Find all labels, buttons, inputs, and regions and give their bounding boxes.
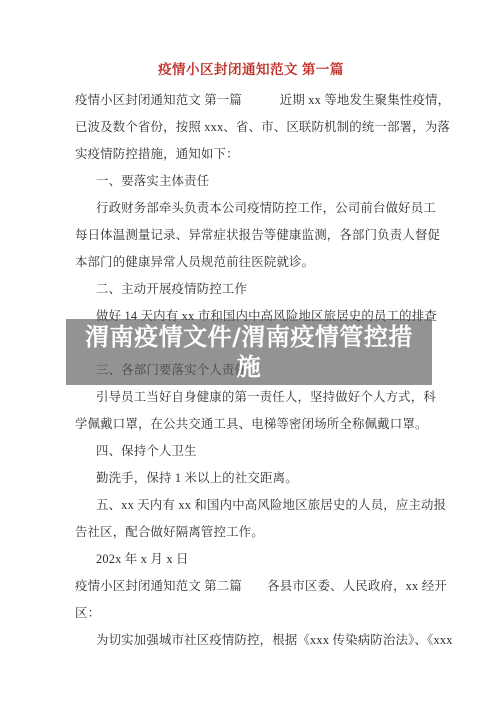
text-line: 勤洗手，保持 1 米以上的社交距离。 [75, 465, 427, 492]
text-line: 引导员工当好自身健康的第一责任人，坚持做好个人方式，科 [75, 384, 427, 411]
text-line: 学佩戴口罩，在公共交通工具、电梯等密闭场所全称佩戴口罩。 [75, 411, 427, 438]
text-line: 区： [75, 600, 427, 627]
text-line: 行政财务部牵头负责本公司疫情防控工作，公司前台做好员工 [75, 195, 427, 222]
document-title: 疫情小区封闭通知范文 第一篇 [75, 56, 427, 83]
text-line: 实疫情防控措施，通知如下： [75, 141, 427, 168]
text-line: 一、要落实主体责任 [75, 168, 427, 195]
text-line: 每日体温测量记录、异常症状报告等健康监测，各部门负责人督促 [75, 222, 427, 249]
text-line: 告社区，配合做好隔离管控工作。 [75, 519, 427, 546]
watermark-text: 渭南疫情文件/渭南疫情管控措施 [81, 322, 417, 382]
page: 疫情小区封闭通知范文 第一篇 疫情小区封闭通知范文 第一篇 近期 xx 等地发生… [0, 0, 500, 706]
text-line: 202x 年 x 月 x 日 [75, 546, 427, 573]
text-line: 五、xx 天内有 xx 和国内中高风险地区旅居史的人员，应主动报 [75, 492, 427, 519]
text-line: 本部门的健康异常人员规范前往医院就诊。 [75, 249, 427, 276]
text-line: 疫情小区封闭通知范文 第二篇 各县市区委、人民政府，xx 经开 [75, 573, 427, 600]
text-line: 为切实加强城市社区疫情防控，根据《xxx 传染病防治法》、《xxx [75, 627, 427, 654]
text-line: 疫情小区封闭通知范文 第一篇 近期 xx 等地发生聚集性疫情， [75, 87, 427, 114]
text-line: 二、主动开展疫情防控工作 [75, 276, 427, 303]
text-line: 已波及数个省份，按照 xxx、省、市、区联防机制的统一部署，为落 [75, 114, 427, 141]
watermark-overlay: 渭南疫情文件/渭南疫情管控措施 [66, 319, 432, 385]
text-line: 四、保持个人卫生 [75, 438, 427, 465]
